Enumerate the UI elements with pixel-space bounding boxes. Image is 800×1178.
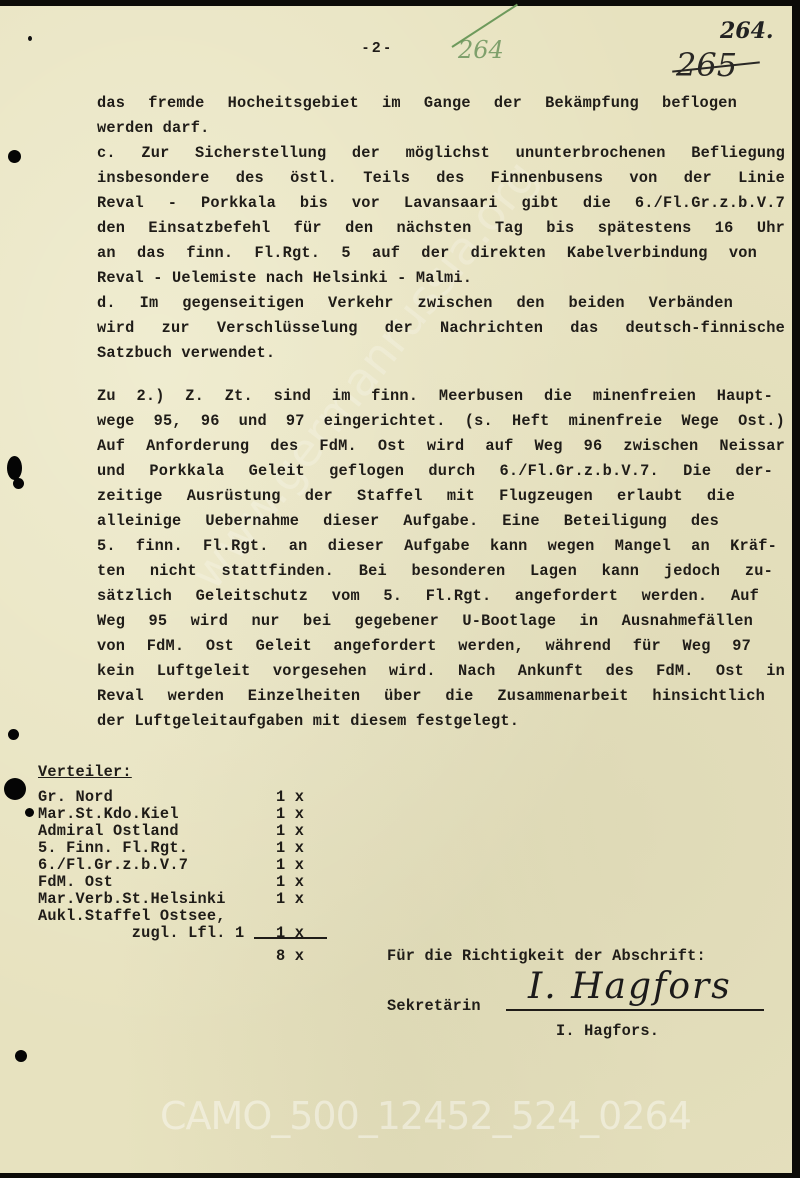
body-line: das fremde Hocheitsgebiet im Gange der B…: [97, 94, 737, 112]
punch-hole: [7, 456, 22, 480]
body-line: 5. finn. Fl.Rgt. an dieser Aufgabe kann …: [97, 537, 777, 555]
distribution-count: 1 x: [276, 856, 304, 874]
distribution-count: 1 x: [276, 890, 304, 908]
distribution-count: 1 x: [276, 924, 304, 942]
body-line: Auf Anforderung des FdM. Ost wird auf We…: [97, 437, 785, 455]
distribution-recipient: zugl. Lfl. 1: [38, 924, 244, 942]
body-line: kein Luftgeleit vorgesehen wird. Nach An…: [97, 662, 785, 680]
folio-number-new: 264.: [720, 18, 774, 44]
diagonal-watermark: www.germanrussia.org: [180, 150, 548, 599]
distribution-total: 8 x: [276, 947, 304, 965]
distribution-recipient: Gr. Nord: [38, 788, 113, 806]
ink-speck: [28, 36, 32, 41]
distribution-count: 1 x: [276, 805, 304, 823]
body-line: an das finn. Fl.Rgt. 5 auf der direkten …: [97, 244, 757, 262]
body-line: werden darf.: [97, 119, 210, 137]
punch-hole: [8, 729, 19, 740]
distribution-recipient: Mar.Verb.St.Helsinki: [38, 890, 226, 908]
body-line: Satzbuch verwendet.: [97, 344, 275, 362]
punch-hole: [15, 1050, 27, 1062]
punch-hole: [13, 478, 24, 489]
body-line: der Luftgeleitaufgaben mit diesem festge…: [97, 712, 519, 730]
signature-line: [506, 1009, 764, 1011]
distribution-recipient: Mar.St.Kdo.Kiel: [38, 805, 179, 823]
punch-hole: [8, 150, 21, 163]
certification-text: Für die Richtigkeit der Abschrift:: [387, 947, 706, 965]
distribution-count: 1 x: [276, 788, 304, 806]
body-line: ten nicht stattfinden. Bei besonderen La…: [97, 562, 773, 580]
distribution-count: 1 x: [276, 839, 304, 857]
distribution-recipient: Aukl.Staffel Ostsee,: [38, 907, 226, 925]
body-line: den Einsatzbefehl für den nächsten Tag b…: [97, 219, 785, 237]
document-page: - 2 - 264 264. 265 www.germanrussia.org …: [0, 6, 792, 1173]
body-line: d. Im gegenseitigen Verkehr zwischen den…: [97, 294, 733, 312]
body-line: und Porkkala Geleit geflogen durch 6./Fl…: [97, 462, 773, 480]
distribution-label: Verteiler:: [38, 763, 132, 781]
body-line: zeitige Ausrüstung der Staffel mit Flugz…: [97, 487, 735, 505]
page-number: - 2 -: [363, 39, 390, 56]
distribution-recipient: Admiral Ostland: [38, 822, 179, 840]
body-line: Zu 2.) Z. Zt. sind im finn. Meerbusen di…: [97, 387, 773, 405]
body-line: wird zur Verschlüsselung der Nachrichten…: [97, 319, 785, 337]
body-line: Weg 95 wird nur bei gegebener U-Bootlage…: [97, 612, 753, 630]
distribution-recipient: FdM. Ost: [38, 873, 113, 891]
body-line: von FdM. Ost Geleit angefordert werden, …: [97, 637, 751, 655]
typed-name: I. Hagfors.: [556, 1022, 659, 1040]
body-line: alleinige Uebernahme dieser Aufgabe. Ein…: [97, 512, 719, 530]
body-line: c. Zur Sicherstellung der möglichst unun…: [97, 144, 785, 162]
body-line: insbesondere des östl. Teils des Finnenb…: [97, 169, 785, 187]
distribution-count: 1 x: [276, 873, 304, 891]
distribution-recipient: 6./Fl.Gr.z.b.V.7: [38, 856, 188, 874]
body-line: wege 95, 96 und 97 eingerichtet. (s. Hef…: [97, 412, 785, 430]
distribution-count: 1 x: [276, 822, 304, 840]
punch-hole: [4, 778, 26, 800]
handwritten-signature: I. Hagfors: [528, 966, 732, 1007]
body-line: Reval - Porkkala bis vor Lavansaari gibt…: [97, 194, 785, 212]
sum-underline: [254, 937, 327, 939]
distribution-recipient: 5. Finn. Fl.Rgt.: [38, 839, 188, 857]
punch-hole: [25, 808, 34, 817]
body-line: Reval werden Einzelheiten über die Zusam…: [97, 687, 765, 705]
secretary-label: Sekretärin: [387, 997, 481, 1015]
body-line: sätzlich Geleitschutz vom 5. Fl.Rgt. ang…: [97, 587, 759, 605]
body-line: Reval - Uelemiste nach Helsinki - Malmi.: [97, 269, 472, 287]
archive-id-watermark: CAMO_500_12452_524_0264: [160, 1094, 691, 1138]
green-archive-number: 264: [458, 36, 504, 64]
